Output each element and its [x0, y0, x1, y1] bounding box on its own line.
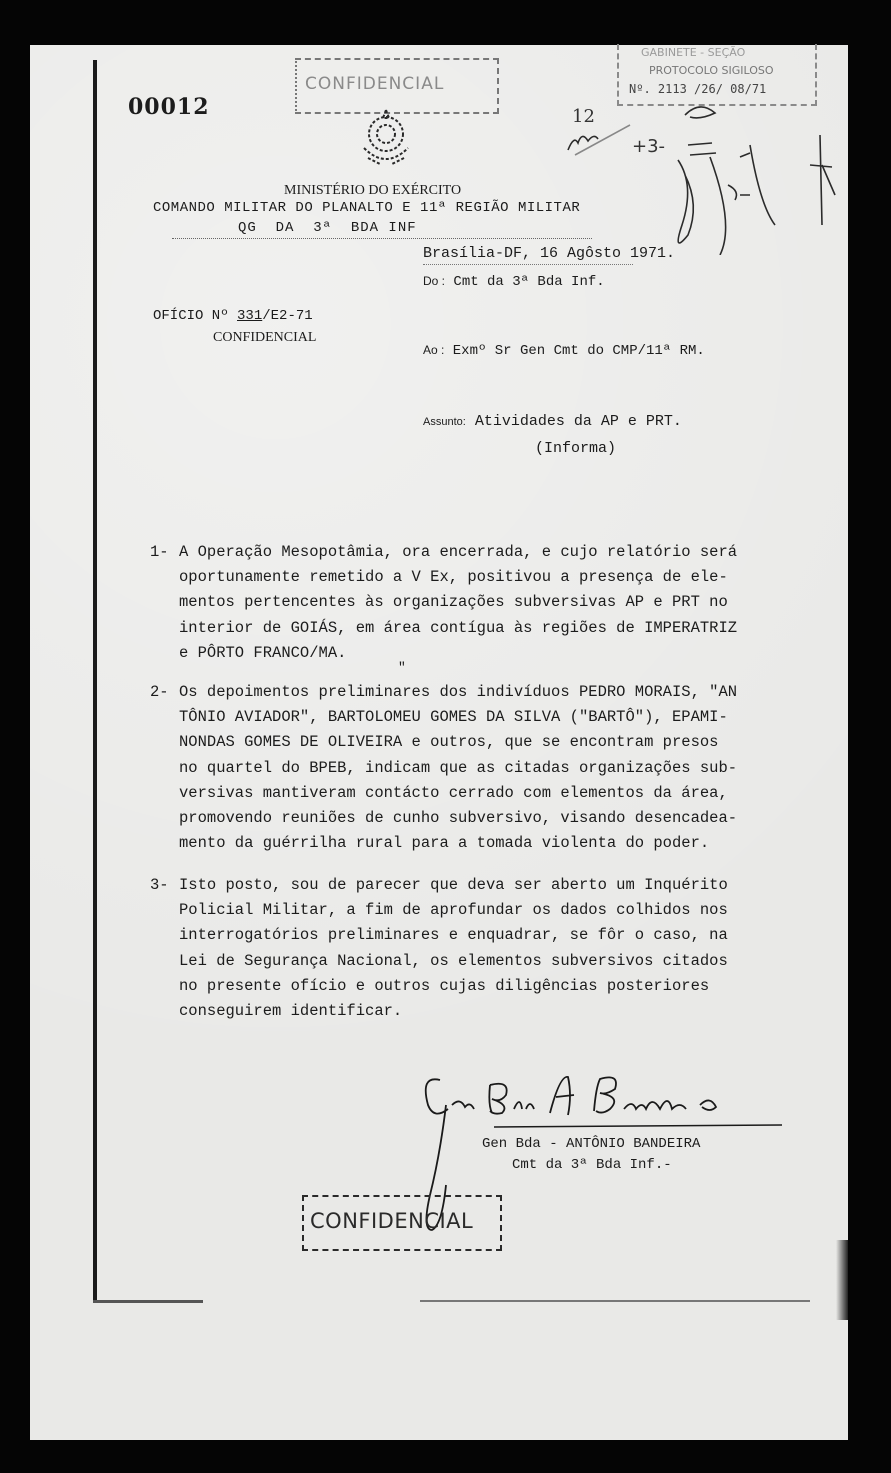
- svg-text:+3-: +3-: [632, 136, 665, 157]
- handwritten-annotations: 12 +3-: [560, 95, 850, 255]
- to-line: Ao : Exmº Sr Gen Cmt do CMP/11ª RM.: [423, 343, 705, 359]
- paragraph-number: 1-: [150, 540, 169, 565]
- paragraph-3: 3- Isto posto, sou de parecer que deva s…: [150, 873, 815, 1024]
- confidential-stamp-bottom: CONFIDENCIAL: [302, 1195, 502, 1251]
- paragraph-number: 2-: [150, 680, 169, 705]
- from-label: Do :: [423, 274, 445, 288]
- confidential-stamp-top: CONFIDENCIAL: [295, 58, 499, 114]
- ministry-heading: MINISTÉRIO DO EXÉRCITO: [284, 183, 461, 199]
- svg-text:12: 12: [572, 106, 595, 127]
- paragraph-2: 2- Os depoimentos preliminares dos indiv…: [150, 680, 815, 856]
- from-line: Do : Cmt da 3ª Bda Inf.: [423, 274, 605, 290]
- to-value: Exmº Sr Gen Cmt do CMP/11ª RM.: [453, 343, 705, 359]
- stamp-text: CONFIDENCIAL: [305, 74, 444, 94]
- signatory-name: Gen Bda - ANTÔNIO BANDEIRA: [482, 1136, 700, 1152]
- date-underline: [423, 264, 633, 265]
- oficio-prefix: OFÍCIO Nº: [153, 308, 237, 324]
- header-divider: [172, 238, 592, 239]
- signatory-title: Cmt da 3ª Bda Inf.-: [512, 1157, 672, 1173]
- subject-label: Assunto:: [423, 416, 466, 428]
- subject-line: Assunto: Atividades da AP e PRT.: [423, 413, 682, 430]
- oficio-num: 331: [237, 308, 262, 324]
- unit-heading: QG DA 3ª BDA INF: [238, 220, 417, 236]
- page-number: 00012: [128, 94, 210, 120]
- oficio-number: OFÍCIO Nº 331/E2-71: [153, 308, 313, 324]
- to-label: Ao :: [423, 343, 444, 357]
- paragraph-number: 3-: [150, 873, 169, 898]
- oficio-suffix: /E2-71: [262, 308, 312, 324]
- subject-value: Atividades da AP e PRT.: [475, 413, 682, 430]
- paragraph-text: Os depoimentos preliminares dos indivídu…: [179, 680, 815, 856]
- stamp-text: CONFIDENCIAL: [310, 1209, 473, 1233]
- protocol-stamp-line1: GABINETE - SEÇÃO: [641, 46, 745, 59]
- ditto-mark: ": [398, 660, 406, 675]
- paragraph-text: Isto posto, sou de parecer que deva ser …: [179, 873, 815, 1024]
- protocol-stamp-number: Nº. 2113 /26/ 08/71: [629, 82, 766, 96]
- paragraph-1: 1- A Operação Mesopotâmia, ora encerrada…: [150, 540, 815, 666]
- page-fold-bottom-right: [420, 1300, 810, 1302]
- from-value: Cmt da 3ª Bda Inf.: [453, 274, 604, 290]
- date-line: Brasília-DF, 16 Agôsto 1971.: [423, 245, 675, 262]
- protocol-stamp-line2: PROTOCOLO SIGILOSO: [649, 64, 774, 77]
- page-fold-bottom-left: [93, 1300, 203, 1303]
- page-edge-curl: [836, 1240, 848, 1320]
- coat-of-arms-icon: [358, 108, 414, 168]
- subject-note: (Informa): [535, 440, 616, 457]
- classification-label: CONFIDENCIAL: [213, 330, 316, 346]
- command-heading: COMANDO MILITAR DO PLANALTO E 11ª REGIÃO…: [153, 200, 580, 216]
- paragraph-text: A Operação Mesopotâmia, ora encerrada, e…: [179, 540, 815, 666]
- page-fold-line: [93, 60, 97, 1300]
